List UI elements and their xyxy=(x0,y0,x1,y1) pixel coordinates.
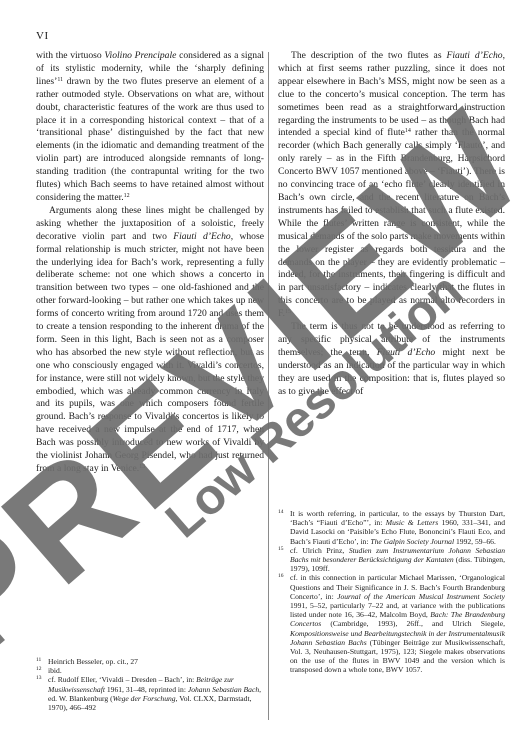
footnote-ref: 12 xyxy=(124,193,130,199)
left-column: with the virtuoso Violino Prencipale con… xyxy=(36,50,264,476)
footnote: 13cf. Rudolf Eller, ‘Vivaldi – Dresden –… xyxy=(36,675,264,712)
paragraph: Arguments along these lines might be cha… xyxy=(36,205,264,476)
column-divider xyxy=(268,52,269,720)
footnote: 15cf. Ulrich Prinz, Studien zum Instrume… xyxy=(278,546,505,574)
paragraph: The term is thus not to be understood as… xyxy=(278,321,505,398)
paragraph: The description of the two flutes as Fia… xyxy=(278,50,505,321)
paragraph: with the virtuoso Violino Prencipale con… xyxy=(36,50,264,205)
footnotes-right: 14It is worth referring, in particular, … xyxy=(278,509,505,675)
footnote: 16cf. in this connection in particular M… xyxy=(278,573,505,674)
footnotes-left: 11Heinrich Besseler, op. cit., 27 12ibid… xyxy=(36,657,264,712)
footnote-ref: 15 xyxy=(285,309,291,315)
page-number: VI xyxy=(36,30,49,42)
footnote: 11Heinrich Besseler, op. cit., 27 xyxy=(36,657,264,666)
footnote: 12ibid. xyxy=(36,666,264,675)
footnote-ref: 13 xyxy=(139,464,145,470)
footnote: 14It is worth referring, in particular, … xyxy=(278,509,505,546)
right-column: The description of the two flutes as Fia… xyxy=(278,50,505,398)
